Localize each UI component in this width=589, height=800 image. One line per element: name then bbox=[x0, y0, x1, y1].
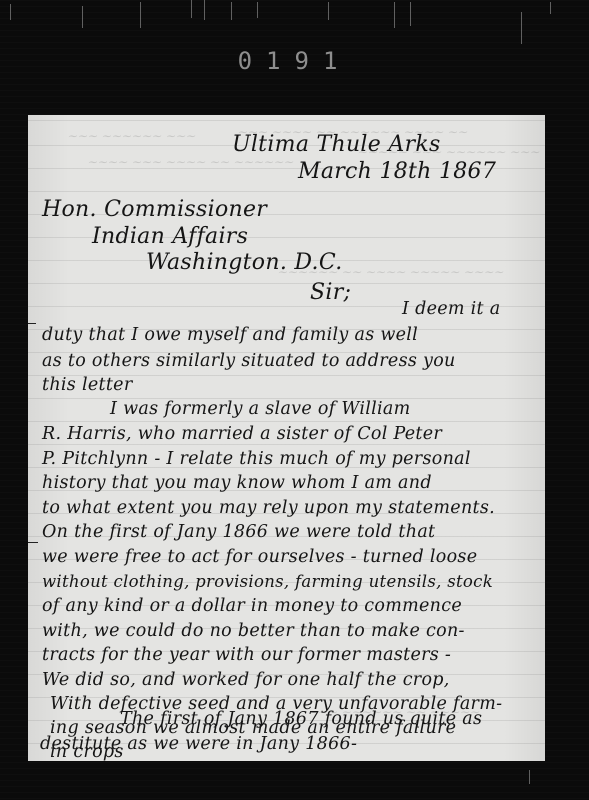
letter-place: Ultima Thule Arks bbox=[232, 132, 441, 157]
addressee-line: Indian Affairs bbox=[92, 224, 248, 249]
salutation: Sir; bbox=[310, 280, 351, 305]
letter-body-line: of any kind or a dollar in money to comm… bbox=[42, 596, 462, 616]
film-scratch bbox=[521, 12, 522, 44]
frame-number: 0191 bbox=[0, 47, 589, 75]
letter-body-line: R. Harris, who married a sister of Col P… bbox=[42, 424, 442, 444]
film-scratch bbox=[550, 2, 551, 14]
letter-date: March 18th 1867 bbox=[298, 159, 496, 184]
film-scratch bbox=[231, 2, 232, 20]
film-scratch bbox=[191, 0, 192, 18]
film-scratch bbox=[140, 2, 141, 28]
letter-body-line: I deem it a bbox=[402, 299, 500, 319]
letter-body-line: I was formerly a slave of William bbox=[110, 399, 411, 419]
letter-body-line: we were free to act for ourselves - turn… bbox=[42, 547, 477, 567]
film-scratch bbox=[394, 2, 395, 28]
letter-body-line: to what extent you may rely upon my stat… bbox=[42, 498, 495, 518]
letter-body-line: history that you may know whom I am and bbox=[42, 473, 432, 493]
film-scratch bbox=[82, 6, 83, 28]
film-scratch bbox=[10, 4, 11, 20]
microfilm-frame: 0191 ~~~ ~~~~ ~~ ~~~~~~ ~~~~ ~~ ~~~ ~~~~… bbox=[0, 0, 589, 800]
letter-body-line: tracts for the year with our former mast… bbox=[42, 645, 451, 665]
letter-body-line: We did so, and worked for one half the c… bbox=[42, 670, 450, 690]
letter-body-line: destitute as we were in Jany 1866- bbox=[40, 734, 357, 754]
letter-page: ~~~ ~~~~ ~~ ~~~~~~ ~~~~ ~~ ~~~ ~~~~~~ ~~… bbox=[28, 115, 545, 761]
addressee-line: Washington. D.C. bbox=[146, 250, 343, 275]
letter-body-line: duty that I owe myself and family as wel… bbox=[42, 325, 418, 345]
bleed-through-text: ~~~ ~~~~~~ ~~~ bbox=[65, 129, 198, 143]
letter-body-line: The first of Jany 1867 found us quite as bbox=[120, 709, 482, 729]
film-scratch bbox=[328, 2, 329, 20]
margin-tick bbox=[28, 542, 38, 543]
letter-body-line: On the first of Jany 1866 we were told t… bbox=[42, 522, 435, 542]
letter-body-line: without clothing, provisions, farming ut… bbox=[42, 572, 493, 591]
addressee-line: Hon. Commissioner bbox=[42, 197, 267, 222]
film-scratch bbox=[204, 0, 205, 20]
bleed-through-text: ~~~~ ~~~ ~~~~ ~~ ~~~~~~ bbox=[85, 155, 296, 169]
letter-body-line: P. Pitchlynn - I relate this much of my … bbox=[42, 449, 471, 469]
film-scratch bbox=[410, 2, 411, 26]
film-scratch bbox=[529, 770, 530, 784]
letter-body-line: this letter bbox=[42, 375, 132, 395]
letter-body-line: with, we could do no better than to make… bbox=[42, 621, 465, 641]
film-scratch bbox=[257, 2, 258, 18]
margin-tick bbox=[28, 323, 36, 324]
letter-body-line: as to others similarly situated to addre… bbox=[42, 351, 456, 371]
